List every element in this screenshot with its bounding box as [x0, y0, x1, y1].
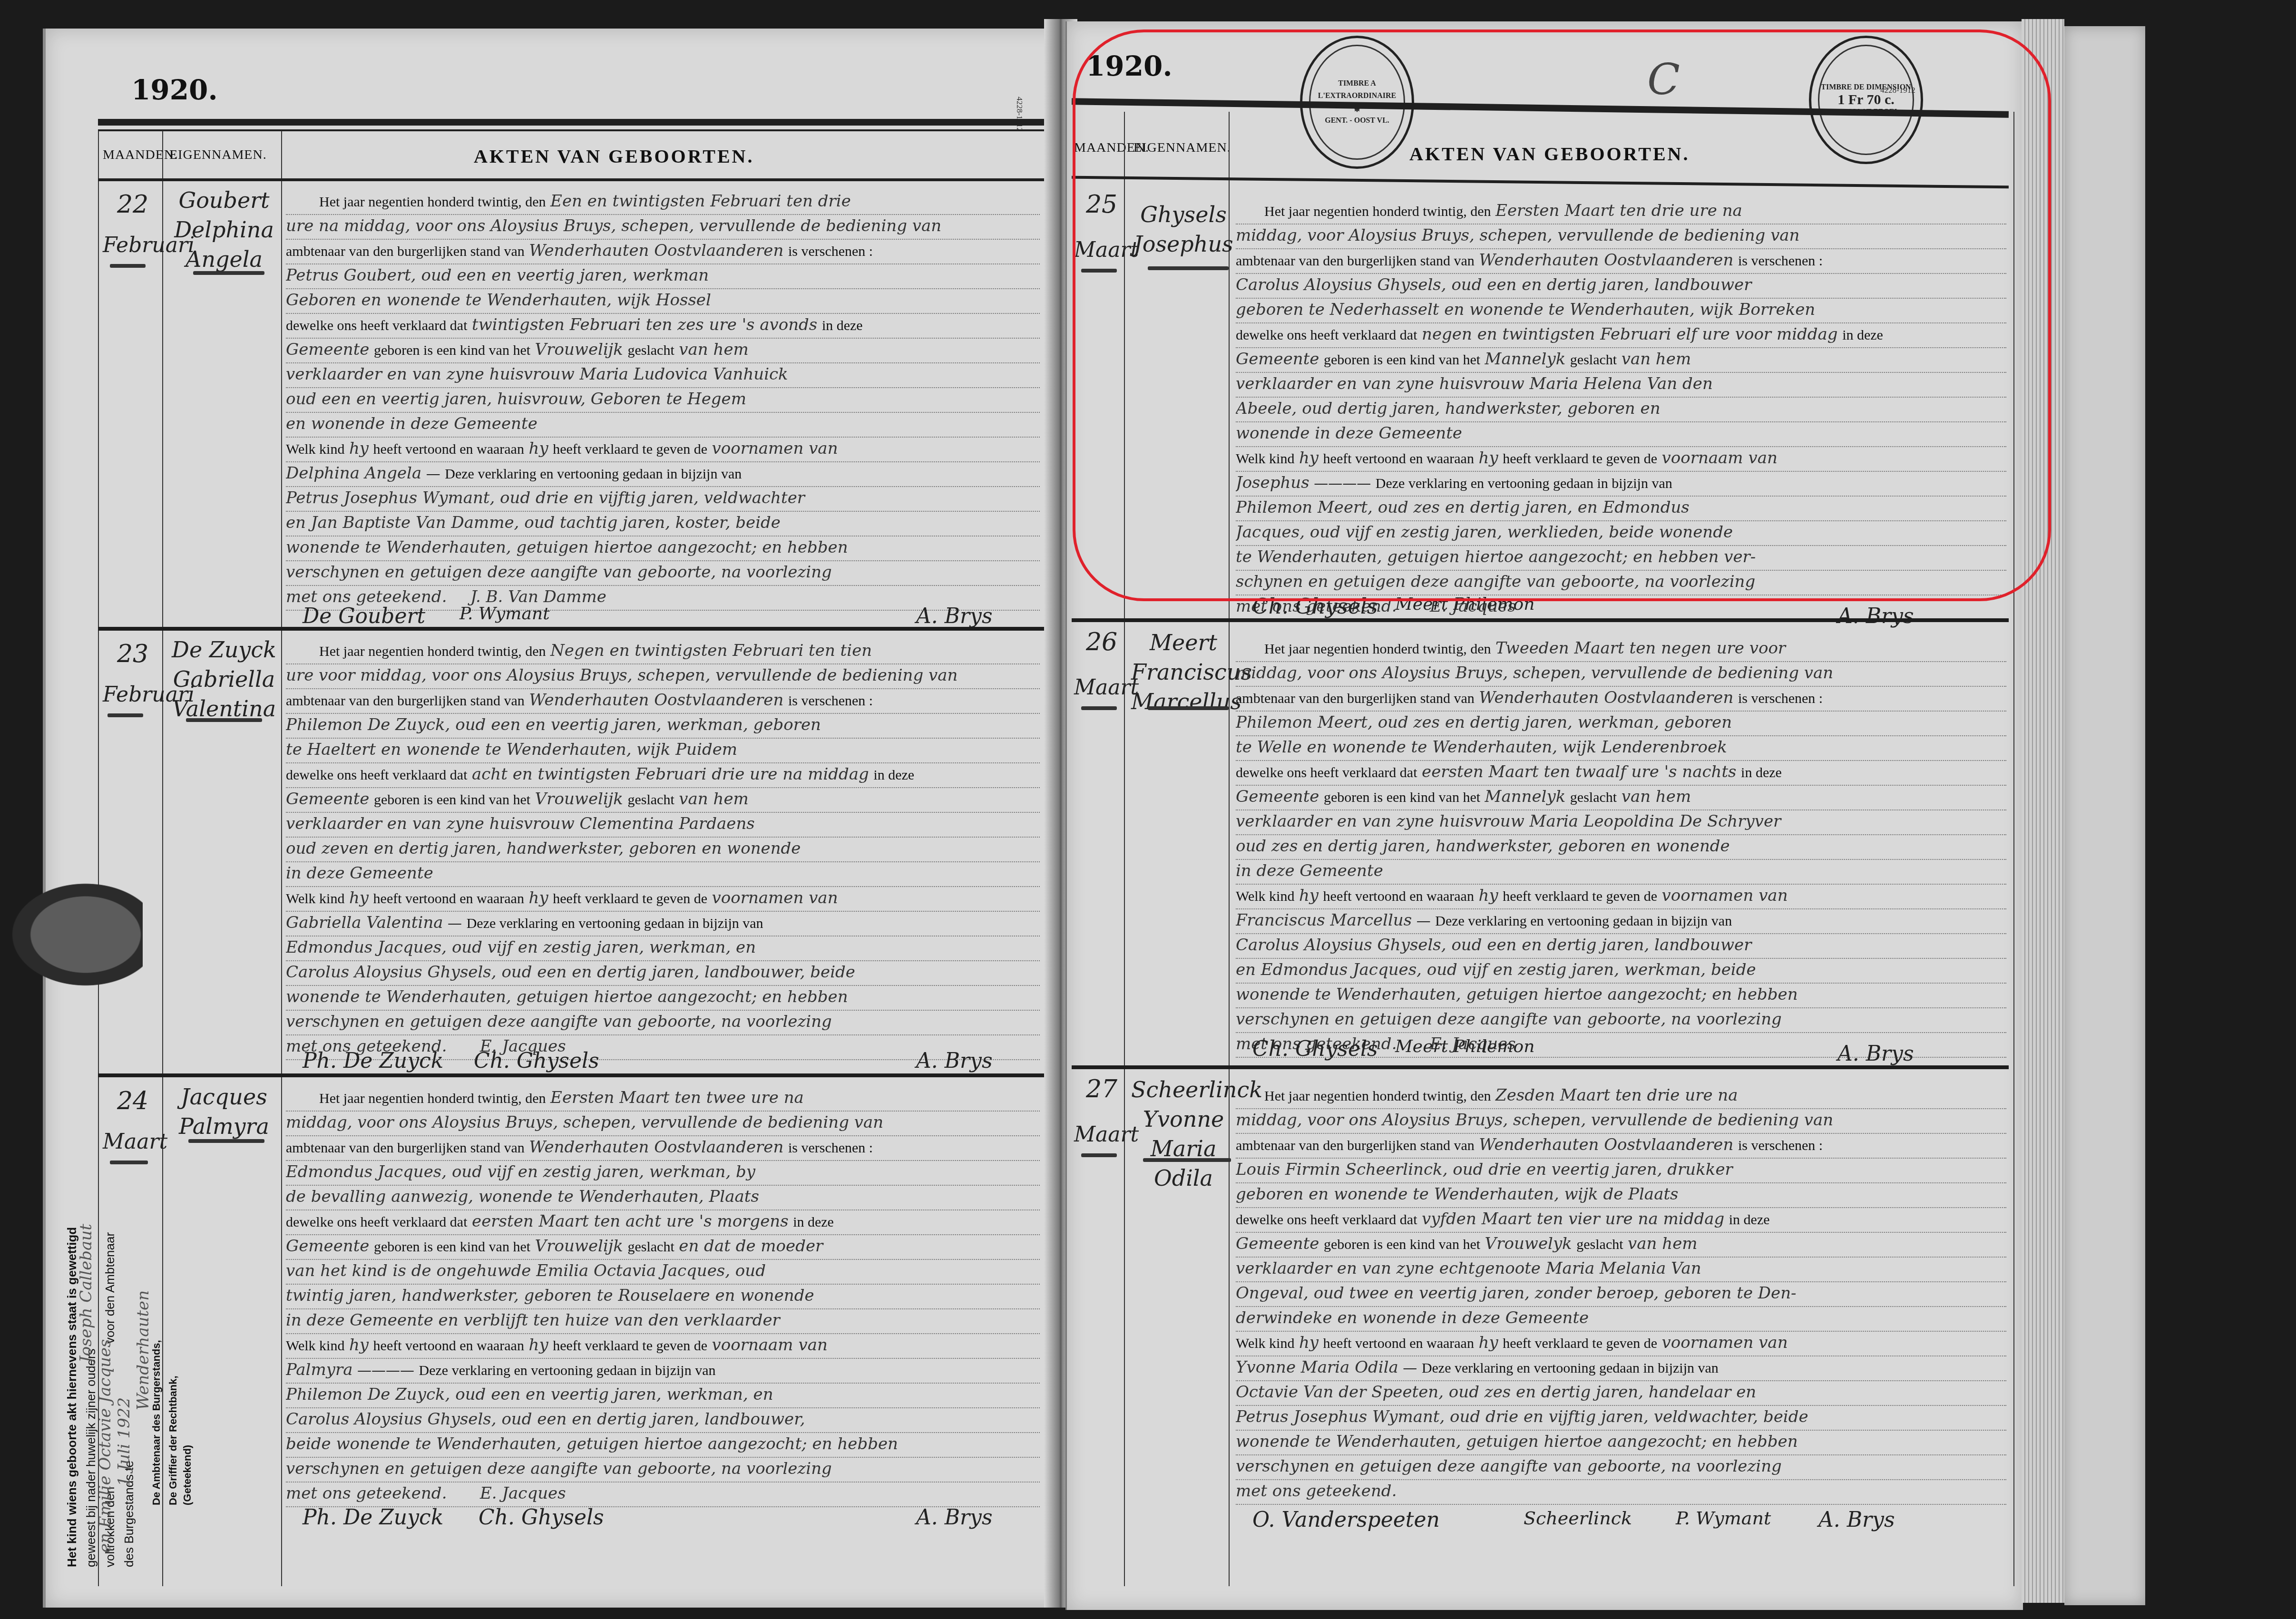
signature: Ch. Ghysels	[474, 1049, 599, 1073]
handwritten-text: voornamen van	[712, 888, 838, 907]
handwritten-text: verklaarder en van zyne huisvrouw Maria …	[1236, 374, 1713, 393]
printed-text: Welk kind	[286, 891, 344, 907]
handwritten-text: hy	[1479, 886, 1498, 905]
handwritten-text: Geboren en wonende te Wenderhauten, wijk…	[286, 291, 711, 310]
handwritten-text: Josephus	[1236, 473, 1309, 492]
month-underline	[1081, 706, 1117, 710]
handwritten-text: Petrus Josephus Wymant, oud drie en vijf…	[1236, 1407, 1808, 1426]
flyleaf	[2064, 26, 2145, 1605]
handwritten-text: in deze Gemeente	[286, 864, 433, 883]
record-separator	[98, 1073, 1045, 1077]
printed-text: Deze verklaring en vertooning gedaan in …	[1376, 476, 1672, 491]
register-spread: 1920. 4228-1912 MAANDEN. EIGENNAMEN. AKT…	[0, 0, 2296, 1619]
handwritten-text: van hem	[679, 340, 748, 359]
handwritten-text: verschynen en getuigen deze aangifte van…	[286, 1012, 832, 1031]
margin-printed-line: De Griffier der Rechtbank,	[167, 1375, 179, 1505]
printed-text: heeft verklaard te geven de	[1503, 451, 1657, 467]
surname: De Zuyck	[165, 635, 283, 664]
handwritten-text: voornaam van	[712, 1336, 828, 1355]
birth-record-26: 26 Maart Meert Franciscus Marcellus Het …	[1072, 623, 2013, 1061]
printed-text: geslacht	[1576, 1237, 1623, 1252]
printed-text: heeft vertoond en waaraan	[373, 441, 524, 457]
handwritten-text: Zesden Maart ten drie ure na	[1495, 1086, 1738, 1105]
handwritten-text: voornamen van	[712, 439, 838, 458]
handwritten-text: met ons geteekend.	[286, 587, 447, 606]
birth-record-25: 25 Maart Ghysels Josephus Het jaar negen…	[1072, 185, 2013, 614]
given-name: Angela	[165, 244, 283, 274]
printed-text: Deze verklaring en vertooning gedaan in …	[1422, 1360, 1719, 1376]
record-text: Het jaar negentien honderd twintig, den …	[1236, 623, 2006, 1051]
printed-text: in deze	[822, 318, 863, 333]
record-month: Maart	[1074, 675, 1139, 700]
handwritten-text: Mannelyk	[1485, 787, 1566, 806]
handwritten-text: geboren te Nederhasselt en wonende te We…	[1236, 300, 1815, 319]
handwritten-text: geboren en wonende te Wenderhauten, wijk…	[1236, 1185, 1679, 1204]
given-name: Palmyra	[165, 1112, 283, 1141]
handwritten-text: Gemeente	[1236, 1234, 1319, 1253]
record-number: 26	[1086, 628, 1117, 656]
record-number: 25	[1086, 190, 1117, 219]
handwritten-text: middag, voor ons Aloysius Bruys, schepen…	[1236, 1111, 1833, 1130]
given-name: Delphina	[165, 215, 283, 244]
printed-text: ambtenaar van den burgerlijken stand van	[286, 693, 525, 709]
handwritten-text: Wenderhauten Oostvlaanderen	[529, 241, 783, 260]
handwritten-text: Philemon Meert, oud zes en dertig jaren,…	[1236, 713, 1732, 732]
record-number: 23	[117, 640, 148, 668]
surname: Goubert	[165, 185, 283, 215]
printed-text: geboren is een kind van het	[374, 342, 530, 358]
printed-text: geslacht	[627, 342, 674, 358]
handwritten-text: van het kind is de ongehuwde Emilia Octa…	[286, 1261, 766, 1280]
handwritten-text: Eersten Maart ten twee ure na	[550, 1088, 804, 1107]
handwritten-text: E. Jacques	[480, 1484, 566, 1503]
handwritten-text: hy	[349, 888, 369, 907]
handwritten-text: hy	[349, 439, 369, 458]
handwritten-text: Louis Firmin Scheerlinck, oud drie en ve…	[1236, 1160, 1733, 1179]
handwritten-text: van hem	[679, 790, 748, 809]
binder-clip	[0, 875, 143, 994]
name-underline	[1148, 266, 1229, 270]
handwritten-text: verschynen en getuigen deze aangifte van…	[286, 563, 832, 582]
signature: A. Brys	[916, 604, 993, 628]
signature: O. Vanderspeeten	[1252, 1508, 1440, 1532]
handwritten-text: Gemeente	[286, 790, 369, 809]
handwritten-text: Een en twintigsten Februari ten drie	[550, 192, 851, 211]
signature: Meert Philemon	[1395, 595, 1534, 614]
handwritten-text: eersten Maart ten acht ure 's morgens	[472, 1212, 789, 1231]
printed-text: heeft verklaard te geven de	[553, 891, 707, 907]
handwritten-text: en wonende in deze Gemeente	[286, 414, 537, 433]
handwritten-text: hy	[1299, 449, 1319, 468]
margin-handwritten: en Emilie Octavie Jacques	[96, 1339, 115, 1553]
handwritten-text: hy	[349, 1336, 369, 1355]
handwritten-text: met ons geteekend.	[1236, 1482, 1397, 1501]
printed-text: geboren is een kind van het	[374, 1239, 530, 1255]
header-eigennamen: EIGENNAMEN.	[169, 147, 267, 163]
margin-handwritten: Joseph Callebaut	[77, 1224, 96, 1363]
printed-text: Deze verklaring en vertooning gedaan in …	[419, 1363, 716, 1378]
printed-text: Het jaar negentien honderd twintig, den	[319, 194, 546, 210]
handwritten-text: Petrus Goubert, oud een en veertig jaren…	[286, 266, 709, 285]
handwritten-text: te Wenderhauten, getuigen hiertoe aangez…	[1236, 547, 1756, 566]
printed-text: heeft verklaard te geven de	[553, 1338, 707, 1354]
printed-text: Welk kind	[1236, 1336, 1294, 1351]
print-code: 4228-1912	[1015, 97, 1024, 132]
given-name: Yvonne	[1131, 1104, 1236, 1134]
handwritten-text: met ons geteekend.	[286, 1484, 447, 1503]
handwritten-text: Abeele, oud dertig jaren, handwerkster, …	[1236, 399, 1661, 418]
record-number: 24	[117, 1087, 148, 1115]
handwritten-text: en Edmondus Jacques, oud vijf en zestig …	[1236, 960, 1756, 979]
handwritten-text: twintig jaren, handwerkster, geboren te …	[286, 1286, 814, 1305]
printed-text: geslacht	[1570, 790, 1617, 805]
handwritten-text: Jacques, oud vijf en zestig jaren, werkl…	[1236, 523, 1733, 542]
printed-text: in deze	[873, 767, 914, 783]
handwritten-text: hy	[1479, 1333, 1498, 1352]
signature: A. Brys	[1818, 1508, 1895, 1532]
margin-printed-line: (Geteekend)	[181, 1445, 194, 1505]
month-underline	[110, 264, 146, 268]
handwritten-text: Vrouwelijk	[535, 790, 623, 809]
printed-text: heeft vertoond en waaraan	[1323, 1336, 1474, 1351]
handwritten-text: derwindeke en wonende in deze Gemeente	[1236, 1308, 1589, 1327]
handwritten-text: acht en twintigsten Februari drie ure na…	[472, 765, 869, 784]
handwritten-text: middag, voor ons Aloysius Bruys, schepen…	[286, 1113, 883, 1132]
handwritten-text: ure voor middag, voor ons Aloysius Bruys…	[286, 666, 957, 685]
right-page: 1920. C 4228-1912 TIMBRE A L'EXTRAORDINA…	[1065, 21, 2023, 1610]
printed-text: is verschenen :	[1738, 1138, 1823, 1153]
handwritten-text: J. B. Van Damme	[470, 587, 606, 606]
birth-record-22: 22 Februari Goubert Delphina Angela Het …	[98, 181, 1045, 625]
text-line: met ons geteekend.	[1236, 1475, 2006, 1505]
handwritten-text: wonende in deze Gemeente	[1236, 424, 1462, 443]
handwritten-text: Carolus Aloysius Ghysels, oud een en der…	[286, 963, 855, 982]
signature: Scheerlinck	[1524, 1508, 1632, 1529]
record-month: Maart	[103, 1130, 167, 1154]
handwritten-text: Negen en twintigsten Februari ten tien	[550, 641, 872, 660]
printed-text: heeft vertoond en waaraan	[1323, 451, 1474, 467]
printed-text: Deze verklaring en vertooning gedaan in …	[445, 466, 742, 482]
handwritten-text: hy	[1479, 449, 1498, 468]
name-underline	[1148, 706, 1229, 710]
handwritten-text: en Jan Baptiste Van Damme, oud tachtig j…	[286, 513, 781, 532]
handwritten-text: van hem	[1622, 350, 1691, 369]
handwritten-text: verklaarder en van zyne huisvrouw Clemen…	[286, 814, 755, 833]
signature: Ch. Ghysels	[479, 1505, 604, 1530]
printed-text: is verschenen :	[788, 1140, 873, 1156]
handwritten-text: Eersten Maart ten drie ure na	[1495, 201, 1742, 220]
handwritten-text: verklaarder en van zyne huisvrouw Maria …	[286, 365, 788, 384]
handwritten-text: verschynen en getuigen deze aangifte van…	[286, 1459, 832, 1478]
printed-text: geslacht	[1570, 352, 1617, 368]
handwritten-text: Delphina Angela	[286, 464, 421, 483]
handwritten-text: middag, voor ons Aloysius Bruys, schepen…	[1236, 663, 1833, 683]
handwritten-text: vyfden Maart ten vier ure na middag	[1422, 1209, 1724, 1229]
pencil-mark: C	[1647, 55, 1680, 105]
handwritten-text: Wenderhauten Oostvlaanderen	[1479, 251, 1733, 270]
printed-text: ambtenaar van den burgerlijken stand van	[1236, 253, 1475, 269]
handwritten-text: Wenderhauten Oostvlaanderen	[1479, 1135, 1733, 1154]
header-akten-van-geboorten: AKTEN VAN GEBOORTEN.	[1409, 143, 1690, 165]
handwritten-text: de bevalling aanwezig, wonende te Wender…	[286, 1187, 759, 1206]
signature: A. Brys	[1837, 1042, 1914, 1066]
printed-text: Welk kind	[1236, 888, 1294, 904]
printed-text: is verschenen :	[1738, 253, 1823, 269]
handwritten-text: Palmyra	[286, 1360, 352, 1379]
printed-text: dewelke ons heeft verklaard dat	[1236, 1212, 1417, 1228]
printed-text: Het jaar negentien honderd twintig, den	[319, 644, 546, 659]
given-name: Marcellus	[1131, 687, 1236, 716]
header-top-rule	[98, 119, 1045, 126]
printed-text: geboren is een kind van het	[1324, 352, 1480, 368]
handwritten-text: wonende te Wenderhauten, getuigen hierto…	[1236, 1432, 1798, 1451]
handwritten-text: negen en twintigsten Februari elf ure vo…	[1422, 325, 1838, 344]
handwritten-text: Carolus Aloysius Ghysels, oud een en der…	[1236, 275, 1751, 294]
handwritten-text: oud een en veertig jaren, huisvrouw, Geb…	[286, 390, 746, 409]
name-underline	[193, 271, 264, 275]
handwritten-text: Vrouwelijk	[535, 1237, 623, 1256]
printed-text: heeft vertoond en waaraan	[373, 891, 524, 907]
handwritten-text: Vrouwelijk	[535, 340, 623, 359]
handwritten-text: hy	[1299, 886, 1319, 905]
printed-text: Deze verklaring en vertooning gedaan in …	[1435, 913, 1732, 929]
printed-text: is verschenen :	[788, 693, 873, 709]
signature: Meert Philemon	[1395, 1037, 1534, 1056]
record-names: De Zuyck Gabriella Valentina	[165, 635, 283, 723]
handwritten-text: Gemeente	[1236, 787, 1319, 806]
handwritten-text: Gemeente	[1236, 350, 1319, 369]
name-underline	[186, 718, 262, 722]
signature: P. Wymant	[459, 604, 550, 624]
surname: Jacques	[165, 1082, 283, 1112]
handwritten-text: Tweeden Maart ten negen ure voor	[1495, 639, 1786, 658]
handwritten-text: Philemon De Zuyck, oud een en veertig ja…	[286, 715, 821, 734]
handwritten-text: en dat de moeder	[679, 1237, 823, 1256]
printed-text: Deze verklaring en vertooning gedaan in …	[467, 916, 763, 931]
record-text: Het jaar negentien honderd twintig, den …	[286, 630, 1040, 1068]
page-edges	[2022, 19, 2064, 1603]
printed-text: heeft verklaard te geven de	[1503, 1336, 1657, 1351]
page-year: 1920.	[1086, 50, 1172, 82]
handwritten-text: Carolus Aloysius Ghysels, oud een en der…	[286, 1410, 805, 1429]
printed-text: geslacht	[627, 1239, 674, 1255]
record-month: Maart	[1074, 238, 1139, 262]
printed-text: dewelke ons heeft verklaard dat	[286, 767, 468, 783]
handwritten-text: voornaam van	[1662, 449, 1778, 468]
handwritten-text: wonende te Wenderhauten, getuigen hierto…	[286, 987, 848, 1006]
handwritten-text: middag, voor Aloysius Bruys, schepen, ve…	[1236, 226, 1800, 245]
handwritten-text: Philemon Meert, oud zes en dertig jaren,…	[1236, 498, 1690, 517]
handwritten-text: hy	[1299, 1333, 1319, 1352]
birth-record-23: 23 Februari De Zuyck Gabriella Valentina…	[98, 630, 1045, 1073]
printed-text: Welk kind	[286, 1338, 344, 1354]
handwritten-text: Gemeente	[286, 340, 369, 359]
record-number: 27	[1086, 1075, 1117, 1103]
header-top-thin-rule	[98, 129, 1045, 131]
handwritten-text: Petrus Josephus Wymant, oud drie en vijf…	[286, 488, 805, 507]
printed-text: in deze	[1842, 327, 1883, 343]
printed-text: Welk kind	[286, 441, 344, 457]
handwritten-text: hy	[529, 1336, 548, 1355]
handwritten-text: Edmondus Jacques, oud vijf en zestig jar…	[286, 938, 756, 957]
given-name: Maria Odila	[1131, 1134, 1236, 1193]
handwritten-text: voornamen van	[1662, 886, 1788, 905]
handwritten-text: te Haeltert en wonende te Wenderhauten, …	[286, 740, 737, 759]
record-text: Het jaar negentien honderd twintig, den …	[286, 1077, 1040, 1553]
record-text: Het jaar negentien honderd twintig, den …	[1236, 185, 2006, 604]
printed-text: geslacht	[627, 792, 674, 808]
handwritten-text: te Welle en wonende te Wenderhauten, wij…	[1236, 738, 1727, 757]
month-underline	[107, 713, 143, 717]
handwritten-text: in deze Gemeente	[1236, 861, 1383, 880]
record-separator	[1072, 618, 2009, 622]
printed-text: heeft verklaard te geven de	[553, 441, 707, 457]
printed-text: geboren is een kind van het	[1324, 790, 1480, 805]
printed-text: heeft vertoond en waaraan	[373, 1338, 524, 1354]
handwritten-text: Edmondus Jacques, oud vijf en zestig jar…	[286, 1162, 755, 1181]
handwritten-text: Franciscus Marcellus	[1236, 911, 1412, 930]
handwritten-text: in deze Gemeente en verblijft ten huize …	[286, 1311, 780, 1330]
handwritten-text: oud zes en dertig jaren, handwerkster, g…	[1236, 837, 1730, 856]
month-underline	[1081, 269, 1117, 273]
text-line: met ons geteekend. E. Jacques	[286, 1478, 1040, 1507]
record-month: Maart	[1074, 1122, 1139, 1147]
handwritten-text: wonende te Wenderhauten, getuigen hierto…	[1236, 985, 1798, 1004]
handwritten-text: Octavie Van der Speeten, oud zes en dert…	[1236, 1383, 1756, 1402]
page-year: 1920.	[131, 74, 218, 106]
handwritten-text: eersten Maart ten twaalf ure 's nachts	[1422, 762, 1736, 781]
printed-text: ambtenaar van den burgerlijken stand van	[1236, 1138, 1475, 1153]
signature: Ph. De Zuyck	[303, 1505, 443, 1530]
surname: Scheerlinck	[1131, 1075, 1236, 1104]
printed-text: ambtenaar van den burgerlijken stand van	[286, 244, 525, 259]
header-maanden: MAANDEN.	[103, 147, 178, 163]
month-underline	[110, 1161, 148, 1164]
handwritten-text: Gemeente	[286, 1237, 369, 1256]
handwritten-text: wonende te Wenderhauten, getuigen hierto…	[286, 538, 848, 557]
handwritten-text: twintigsten Februari ten zes ure 's avon…	[472, 315, 817, 334]
handwritten-text: hy	[529, 888, 548, 907]
handwritten-text: Gabriella Valentina	[286, 913, 443, 932]
given-name: Franciscus	[1131, 657, 1236, 687]
signature: De Goubert	[303, 604, 425, 628]
handwritten-text: van hem	[1622, 787, 1691, 806]
signature: A. Brys	[916, 1049, 993, 1073]
handwritten-text: voornamen van	[1662, 1333, 1788, 1352]
record-names: Scheerlinck Yvonne Maria Odila	[1131, 1075, 1236, 1193]
signature: Ch. Ghysels	[1252, 595, 1378, 619]
handwritten-text: Carolus Aloysius Ghysels, oud een en der…	[1236, 936, 1751, 955]
printed-text: is verschenen :	[788, 244, 873, 259]
given-name: Gabriella	[165, 664, 283, 694]
margin-printed-line: voor den Ambtenaar	[103, 1232, 117, 1344]
record-names: Ghysels Josephus	[1131, 200, 1236, 259]
signature: A. Brys	[916, 1505, 993, 1530]
handwritten-text: van hem	[1628, 1234, 1697, 1253]
printed-text: Het jaar negentien honderd twintig, den	[1264, 641, 1491, 657]
record-number: 22	[117, 190, 148, 219]
printed-text: Het jaar negentien honderd twintig, den	[319, 1091, 546, 1106]
handwritten-text: Philemon De Zuyck, oud een en veertig ja…	[286, 1385, 773, 1404]
revenue-stamp: TIMBRE DE DIMENSION1 Fr 70 c.FORMAAT ZEG…	[1809, 36, 1923, 164]
record-text: Het jaar negentien honderd twintig, den …	[286, 181, 1040, 618]
surname: Ghysels	[1131, 200, 1236, 229]
given-name: Josephus	[1131, 229, 1236, 259]
printed-text: ambtenaar van den burgerlijken stand van	[1236, 691, 1475, 706]
printed-text: geboren is een kind van het	[374, 792, 530, 808]
surname: Meert	[1131, 628, 1236, 657]
printed-text: in deze	[793, 1214, 834, 1230]
handwritten-text: beide wonende te Wenderhauten, getuigen …	[286, 1434, 898, 1453]
signature: Ph. De Zuyck	[303, 1049, 443, 1073]
header-akten-van-geboorten: AKTEN VAN GEBOORTEN.	[474, 145, 754, 167]
month-underline	[1081, 1153, 1117, 1157]
record-text: Het jaar negentien honderd twintig, den …	[1236, 1070, 2006, 1546]
printed-text: ambtenaar van den burgerlijken stand van	[286, 1140, 525, 1156]
printed-text: in deze	[1729, 1212, 1770, 1228]
record-separator	[1072, 1065, 2009, 1069]
handwritten-text: Vrouwelyk	[1485, 1234, 1572, 1253]
birth-record-27: 27 Maart Scheerlinck Yvonne Maria Odila …	[1072, 1070, 2013, 1574]
handwritten-text: Yvonne Maria Odila	[1236, 1358, 1398, 1377]
name-underline	[188, 1139, 264, 1143]
handwritten-text: schynen en getuigen deze aangifte van ge…	[1236, 572, 1755, 591]
handwritten-text: verklaarder en van zyne echtgenoote Mari…	[1236, 1259, 1701, 1278]
printed-text: heeft verklaard te geven de	[1503, 888, 1657, 904]
handwritten-text: hy	[529, 439, 548, 458]
printed-text: Welk kind	[1236, 451, 1294, 467]
printed-text: dewelke ons heeft verklaard dat	[1236, 765, 1417, 780]
handwritten-text: Ongeval, oud twee en veertig jaren, zond…	[1236, 1284, 1797, 1303]
handwritten-text: Wenderhauten Oostvlaanderen	[529, 1138, 783, 1157]
column-rule-3	[2013, 112, 2014, 1586]
printed-text: Het jaar negentien honderd twintig, den	[1264, 204, 1491, 219]
handwritten-text: oud zeven en dertig jaren, handwerkster,…	[286, 839, 801, 858]
handwritten-text: Wenderhauten Oostvlaanderen	[1479, 688, 1733, 707]
printed-text: dewelke ons heeft verklaard dat	[1236, 327, 1417, 343]
printed-text: geboren is een kind van het	[1324, 1237, 1480, 1252]
printed-text: dewelke ons heeft verklaard dat	[286, 318, 468, 333]
printed-text: heeft vertoond en waaraan	[1323, 888, 1474, 904]
birth-record-24: 24 Maart Jacques Palmyra Het jaar negent…	[98, 1077, 1045, 1581]
record-names: Goubert Delphina Angela	[165, 185, 283, 274]
handwritten-text: verschynen en getuigen deze aangifte van…	[1236, 1457, 1782, 1476]
signature: Ch. Ghysels	[1252, 1037, 1378, 1061]
header-eigennamen: EIGENNAMEN.	[1133, 140, 1231, 156]
handwritten-text: ure na middag, voor ons Aloysius Bruys, …	[286, 216, 941, 235]
name-underline	[1143, 1158, 1231, 1162]
signature: P. Wymant	[1676, 1508, 1771, 1529]
handwritten-text: verklaarder en van zyne huisvrouw Maria …	[1236, 812, 1781, 831]
record-names: Meert Franciscus Marcellus	[1131, 628, 1236, 716]
record-names: Jacques Palmyra	[165, 1082, 283, 1141]
left-page: 1920. 4228-1912 MAANDEN. EIGENNAMEN. AKT…	[43, 29, 1078, 1608]
printed-text: dewelke ons heeft verklaard dat	[286, 1214, 468, 1230]
printed-text: Het jaar negentien honderd twintig, den	[1264, 1088, 1491, 1104]
handwritten-text: Wenderhauten Oostvlaanderen	[529, 691, 783, 710]
margin-handwritten: 1 Juli 1922	[115, 1397, 134, 1486]
printed-text: is verschenen :	[1738, 691, 1823, 706]
margin-handwritten: Wenderhauten	[134, 1290, 153, 1410]
handwritten-text: Mannelyk	[1485, 350, 1566, 369]
printed-text: in deze	[1741, 765, 1782, 780]
handwritten-text: verschynen en getuigen deze aangifte van…	[1236, 1010, 1782, 1029]
